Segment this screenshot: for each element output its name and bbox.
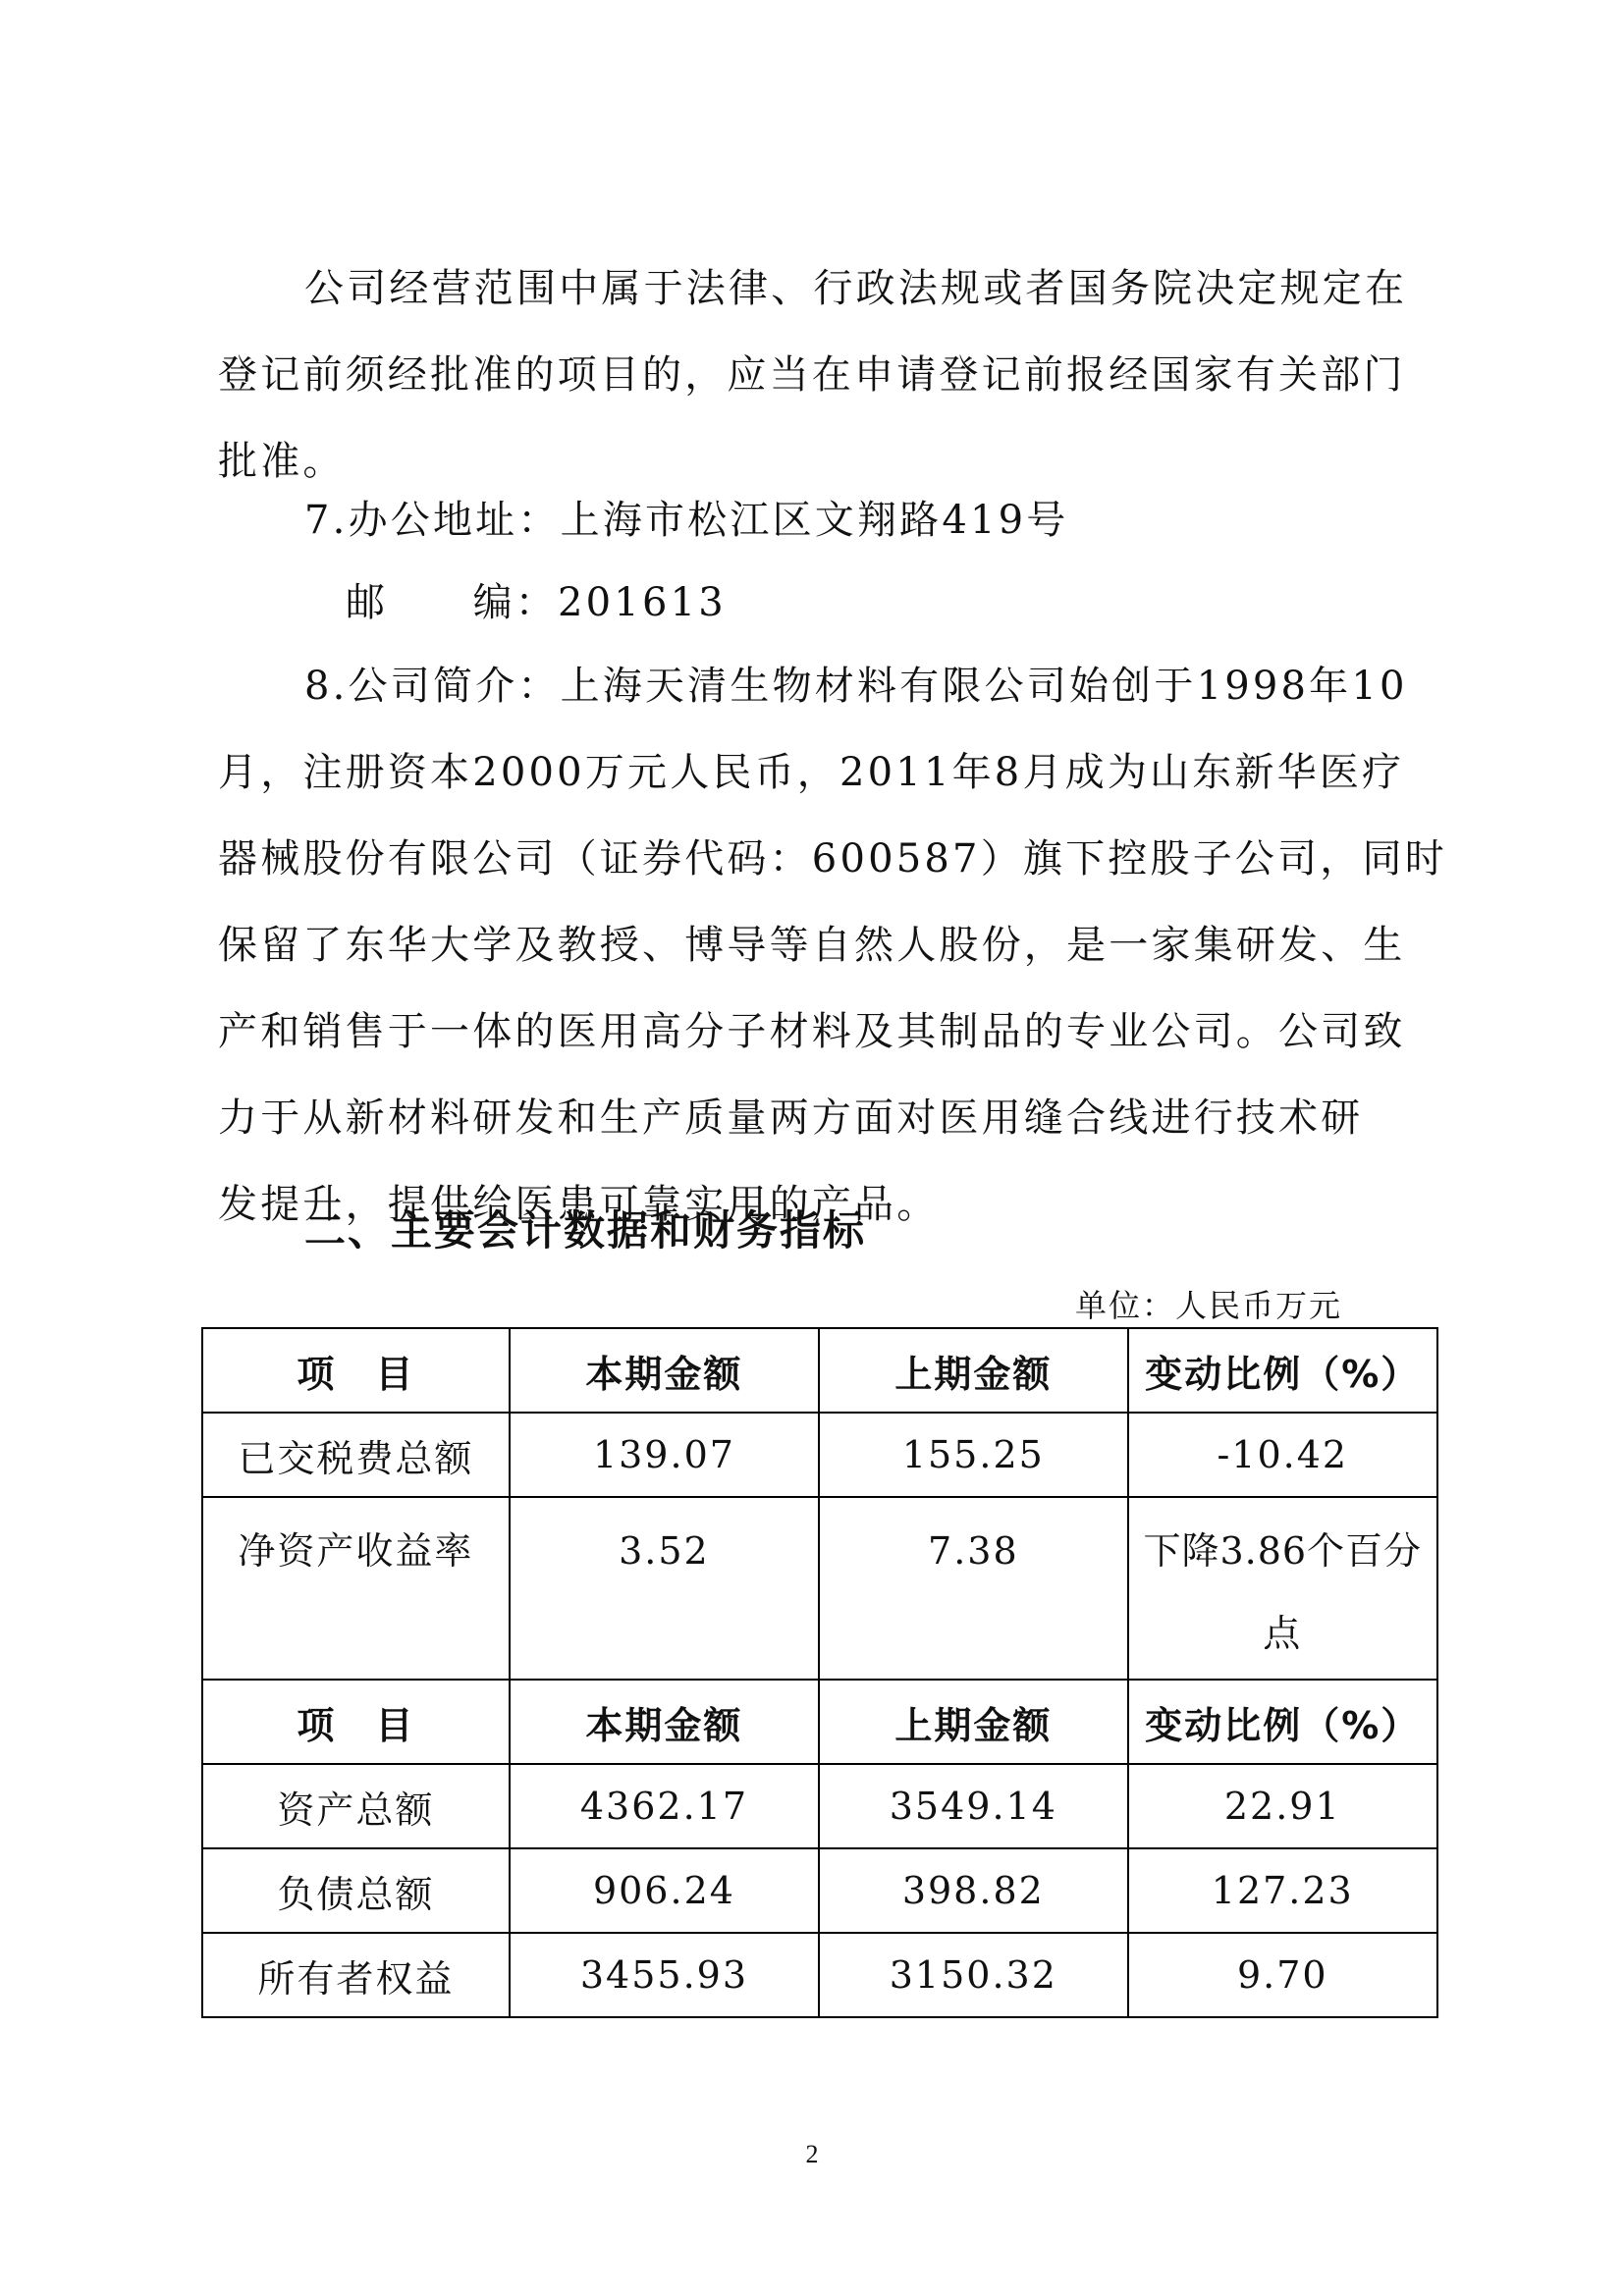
unit-label: 单位：人民币万元 — [1075, 1281, 1342, 1326]
header-change: 变动比例（%） — [1128, 1328, 1437, 1413]
section-heading: 二、主要会计数据和财务指标 — [304, 1188, 866, 1274]
cell-current: 4362.17 — [510, 1764, 819, 1848]
cell-current: 3.52 — [510, 1497, 819, 1680]
header-previous: 上期金额 — [819, 1328, 1127, 1413]
cell-change: 22.91 — [1128, 1764, 1437, 1848]
change-line-2: 点 — [1129, 1592, 1436, 1675]
cell-previous: 155.25 — [819, 1413, 1127, 1497]
postcode-line: 邮 编：201613 — [218, 560, 1435, 646]
business-scope-paragraph: 公司经营范围中属于法律、行政法规或者国务院决定规定在 登记前须经批准的项目的，应… — [218, 245, 1435, 505]
text-line: 公司经营范围中属于法律、行政法规或者国务院决定规定在 — [218, 245, 1435, 332]
office-address-line: 7.办公地址：上海市松江区文翔路419号 — [218, 477, 1435, 563]
header-previous: 上期金额 — [819, 1680, 1127, 1764]
text-line: 8.公司简介：上海天清生物材料有限公司始创于1998年10 — [218, 643, 1435, 729]
postcode-label: 邮 编： — [346, 580, 558, 625]
table-header-row: 项 目 本期金额 上期金额 变动比例（%） — [202, 1680, 1437, 1764]
cell-item: 资产总额 — [202, 1764, 510, 1848]
header-change: 变动比例（%） — [1128, 1680, 1437, 1764]
text-line: 器械股份有限公司（证券代码：600587）旗下控股子公司，同时 — [218, 816, 1435, 902]
cell-change: 127.23 — [1128, 1848, 1437, 1933]
page-number: 2 — [0, 2140, 1624, 2169]
cell-item: 负债总额 — [202, 1848, 510, 1933]
cell-change: 9.70 — [1128, 1933, 1437, 2017]
cell-previous: 7.38 — [819, 1497, 1127, 1680]
financial-table: 项 目 本期金额 上期金额 变动比例（%） 已交税费总额 139.07 155.… — [201, 1327, 1438, 2018]
table-row: 所有者权益 3455.93 3150.32 9.70 — [202, 1933, 1437, 2017]
cell-current: 139.07 — [510, 1413, 819, 1497]
text-line: 力于从新材料研发和生产质量两方面对医用缝合线进行技术研 — [218, 1075, 1435, 1161]
cell-item: 所有者权益 — [202, 1933, 510, 2017]
table-header-row: 项 目 本期金额 上期金额 变动比例（%） — [202, 1328, 1437, 1413]
cell-previous: 3549.14 — [819, 1764, 1127, 1848]
office-address: 7.办公地址：上海市松江区文翔路419号 — [218, 477, 1435, 563]
change-line-1: 下降3.86个百分 — [1129, 1510, 1436, 1592]
table-row: 负债总额 906.24 398.82 127.23 — [202, 1848, 1437, 1933]
cell-change: 下降3.86个百分 点 — [1128, 1497, 1437, 1680]
cell-item: 已交税费总额 — [202, 1413, 510, 1497]
table-row: 已交税费总额 139.07 155.25 -10.42 — [202, 1413, 1437, 1497]
table-row: 净资产收益率 3.52 7.38 下降3.86个百分 点 — [202, 1497, 1437, 1680]
header-current: 本期金额 — [510, 1680, 819, 1764]
header-item: 项 目 — [202, 1328, 510, 1413]
cell-current: 3455.93 — [510, 1933, 819, 2017]
header-current: 本期金额 — [510, 1328, 819, 1413]
table-row: 资产总额 4362.17 3549.14 22.91 — [202, 1764, 1437, 1848]
text-line: 产和销售于一体的医用高分子材料及其制品的专业公司。公司致 — [218, 988, 1435, 1075]
company-profile-paragraph: 8.公司简介：上海天清生物材料有限公司始创于1998年10 月，注册资本2000… — [218, 643, 1435, 1248]
cell-previous: 398.82 — [819, 1848, 1127, 1933]
cell-item: 净资产收益率 — [202, 1497, 510, 1680]
cell-change: -10.42 — [1128, 1413, 1437, 1497]
text-line: 登记前须经批准的项目的，应当在申请登记前报经国家有关部门 — [218, 332, 1435, 418]
cell-current: 906.24 — [510, 1848, 819, 1933]
postcode-value: 201613 — [558, 580, 727, 625]
cell-previous: 3150.32 — [819, 1933, 1127, 2017]
document-page: 公司经营范围中属于法律、行政法规或者国务院决定规定在 登记前须经批准的项目的，应… — [0, 0, 1624, 2296]
text-line: 保留了东华大学及教授、博导等自然人股份，是一家集研发、生 — [218, 902, 1435, 988]
header-item: 项 目 — [202, 1680, 510, 1764]
text-line: 月，注册资本2000万元人民币，2011年8月成为山东新华医疗 — [218, 729, 1435, 816]
